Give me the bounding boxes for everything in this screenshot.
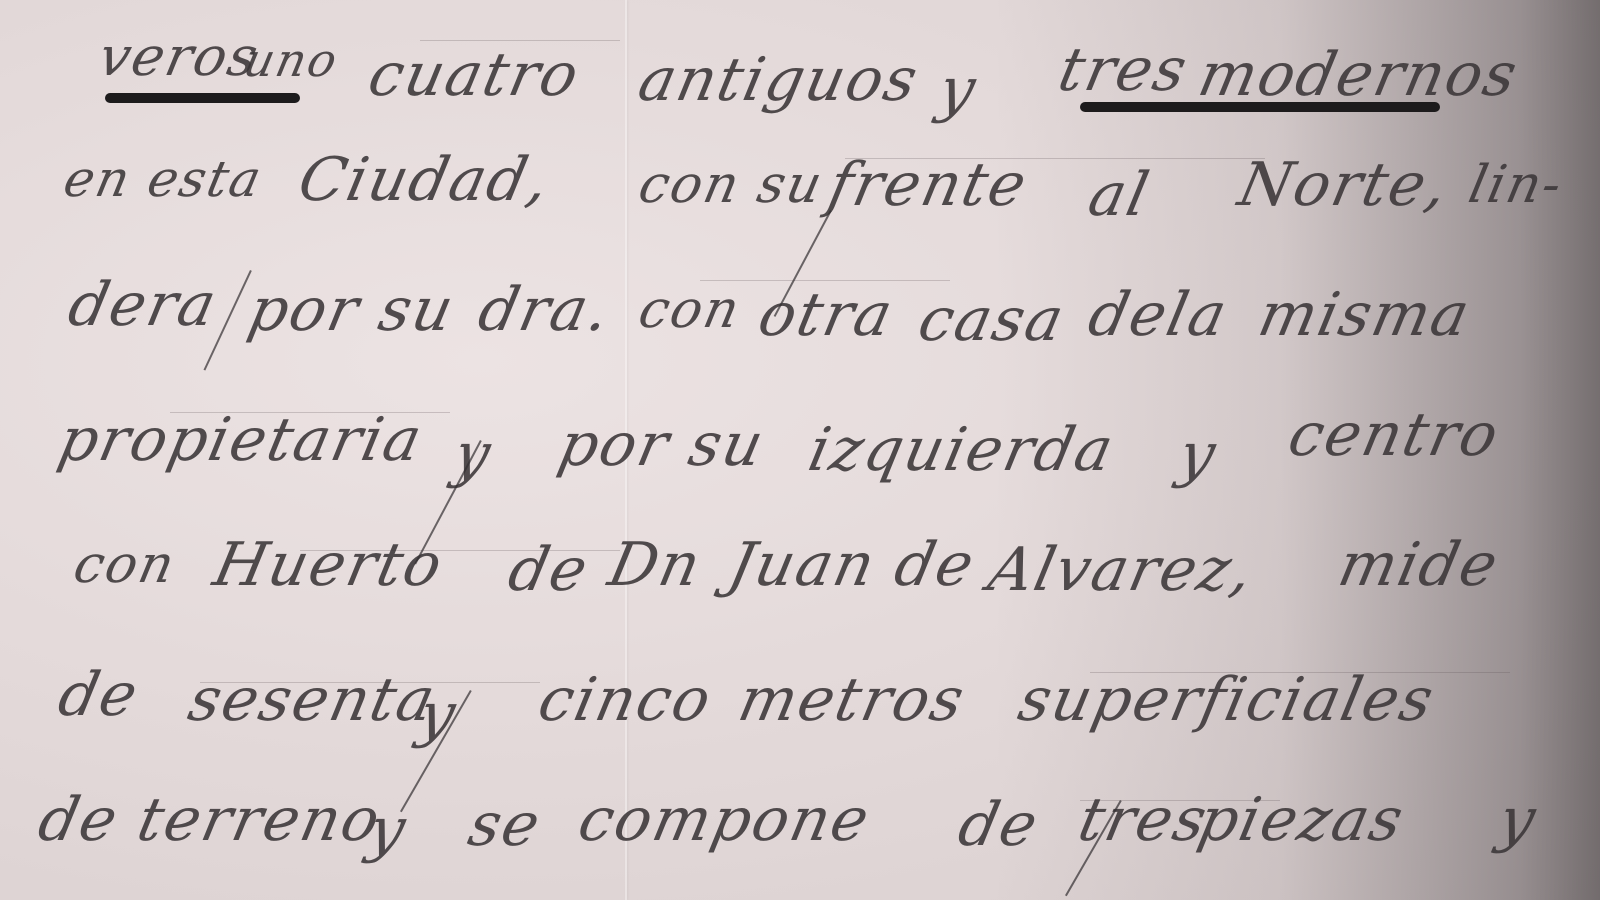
manuscript-line-5: con Huerto de Dn Juan de Alvarez, mide <box>0 520 1600 630</box>
word: piezas <box>1193 785 1411 855</box>
word: Ciudad, <box>293 145 557 215</box>
word: con <box>634 280 747 340</box>
word: dra. <box>473 275 618 345</box>
word: lin- <box>1464 155 1569 215</box>
word: con <box>69 535 182 595</box>
word: dela <box>1083 280 1235 350</box>
word: por su <box>553 410 772 480</box>
word: de <box>53 660 146 730</box>
manuscript-page: veros uno cuatro antiguos y tres moderno… <box>0 0 1600 900</box>
word: de <box>503 535 596 605</box>
word: compone <box>573 785 877 855</box>
word: con su <box>634 155 829 215</box>
word: frente <box>823 150 1035 220</box>
manuscript-line-7: de terreno y se compone de tres piezas y <box>0 770 1600 880</box>
word: antiguos <box>633 45 926 115</box>
word: modernos <box>1193 40 1525 110</box>
word: se <box>463 790 548 860</box>
word: de terreno <box>33 785 388 855</box>
word: de <box>953 790 1046 860</box>
word: veros <box>93 25 265 88</box>
word: por su <box>243 275 462 345</box>
word: mide <box>1333 530 1506 600</box>
word: y <box>933 55 984 125</box>
word: tres <box>1053 35 1195 105</box>
word: metros <box>733 665 972 735</box>
word: Juan de <box>723 530 982 600</box>
word: misma <box>1253 280 1477 350</box>
redaction-underline-mark <box>1080 102 1440 112</box>
manuscript-line-2: en esta Ciudad, con su frente al Norte, … <box>0 140 1600 250</box>
word: sesenta <box>183 665 443 735</box>
word: centro <box>1283 400 1507 470</box>
word: cinco <box>533 665 719 735</box>
word: Dn <box>603 530 709 600</box>
word: cuatro <box>363 40 587 110</box>
redaction-underline-mark <box>105 93 300 103</box>
word: Norte, <box>1233 150 1456 220</box>
manuscript-line-6: de sesenta y cinco metros superficiales <box>0 650 1600 760</box>
word: Alvarez, <box>983 535 1261 605</box>
word: casa <box>913 285 1072 355</box>
word: Huerto <box>208 530 450 600</box>
word: propietaria <box>53 405 430 475</box>
manuscript-line-4: propietaria y por su izquierda y centro <box>0 390 1600 500</box>
manuscript-line-3: dera por su dra. con otra casa dela mism… <box>0 260 1600 370</box>
word: izquierda <box>803 415 1121 485</box>
word: uno <box>239 33 343 87</box>
word: dera <box>63 270 224 340</box>
word: superficiales <box>1013 665 1441 735</box>
word: y <box>1173 420 1224 490</box>
word: y <box>1493 785 1544 855</box>
word: en esta <box>59 150 268 208</box>
word: al <box>1083 160 1157 230</box>
